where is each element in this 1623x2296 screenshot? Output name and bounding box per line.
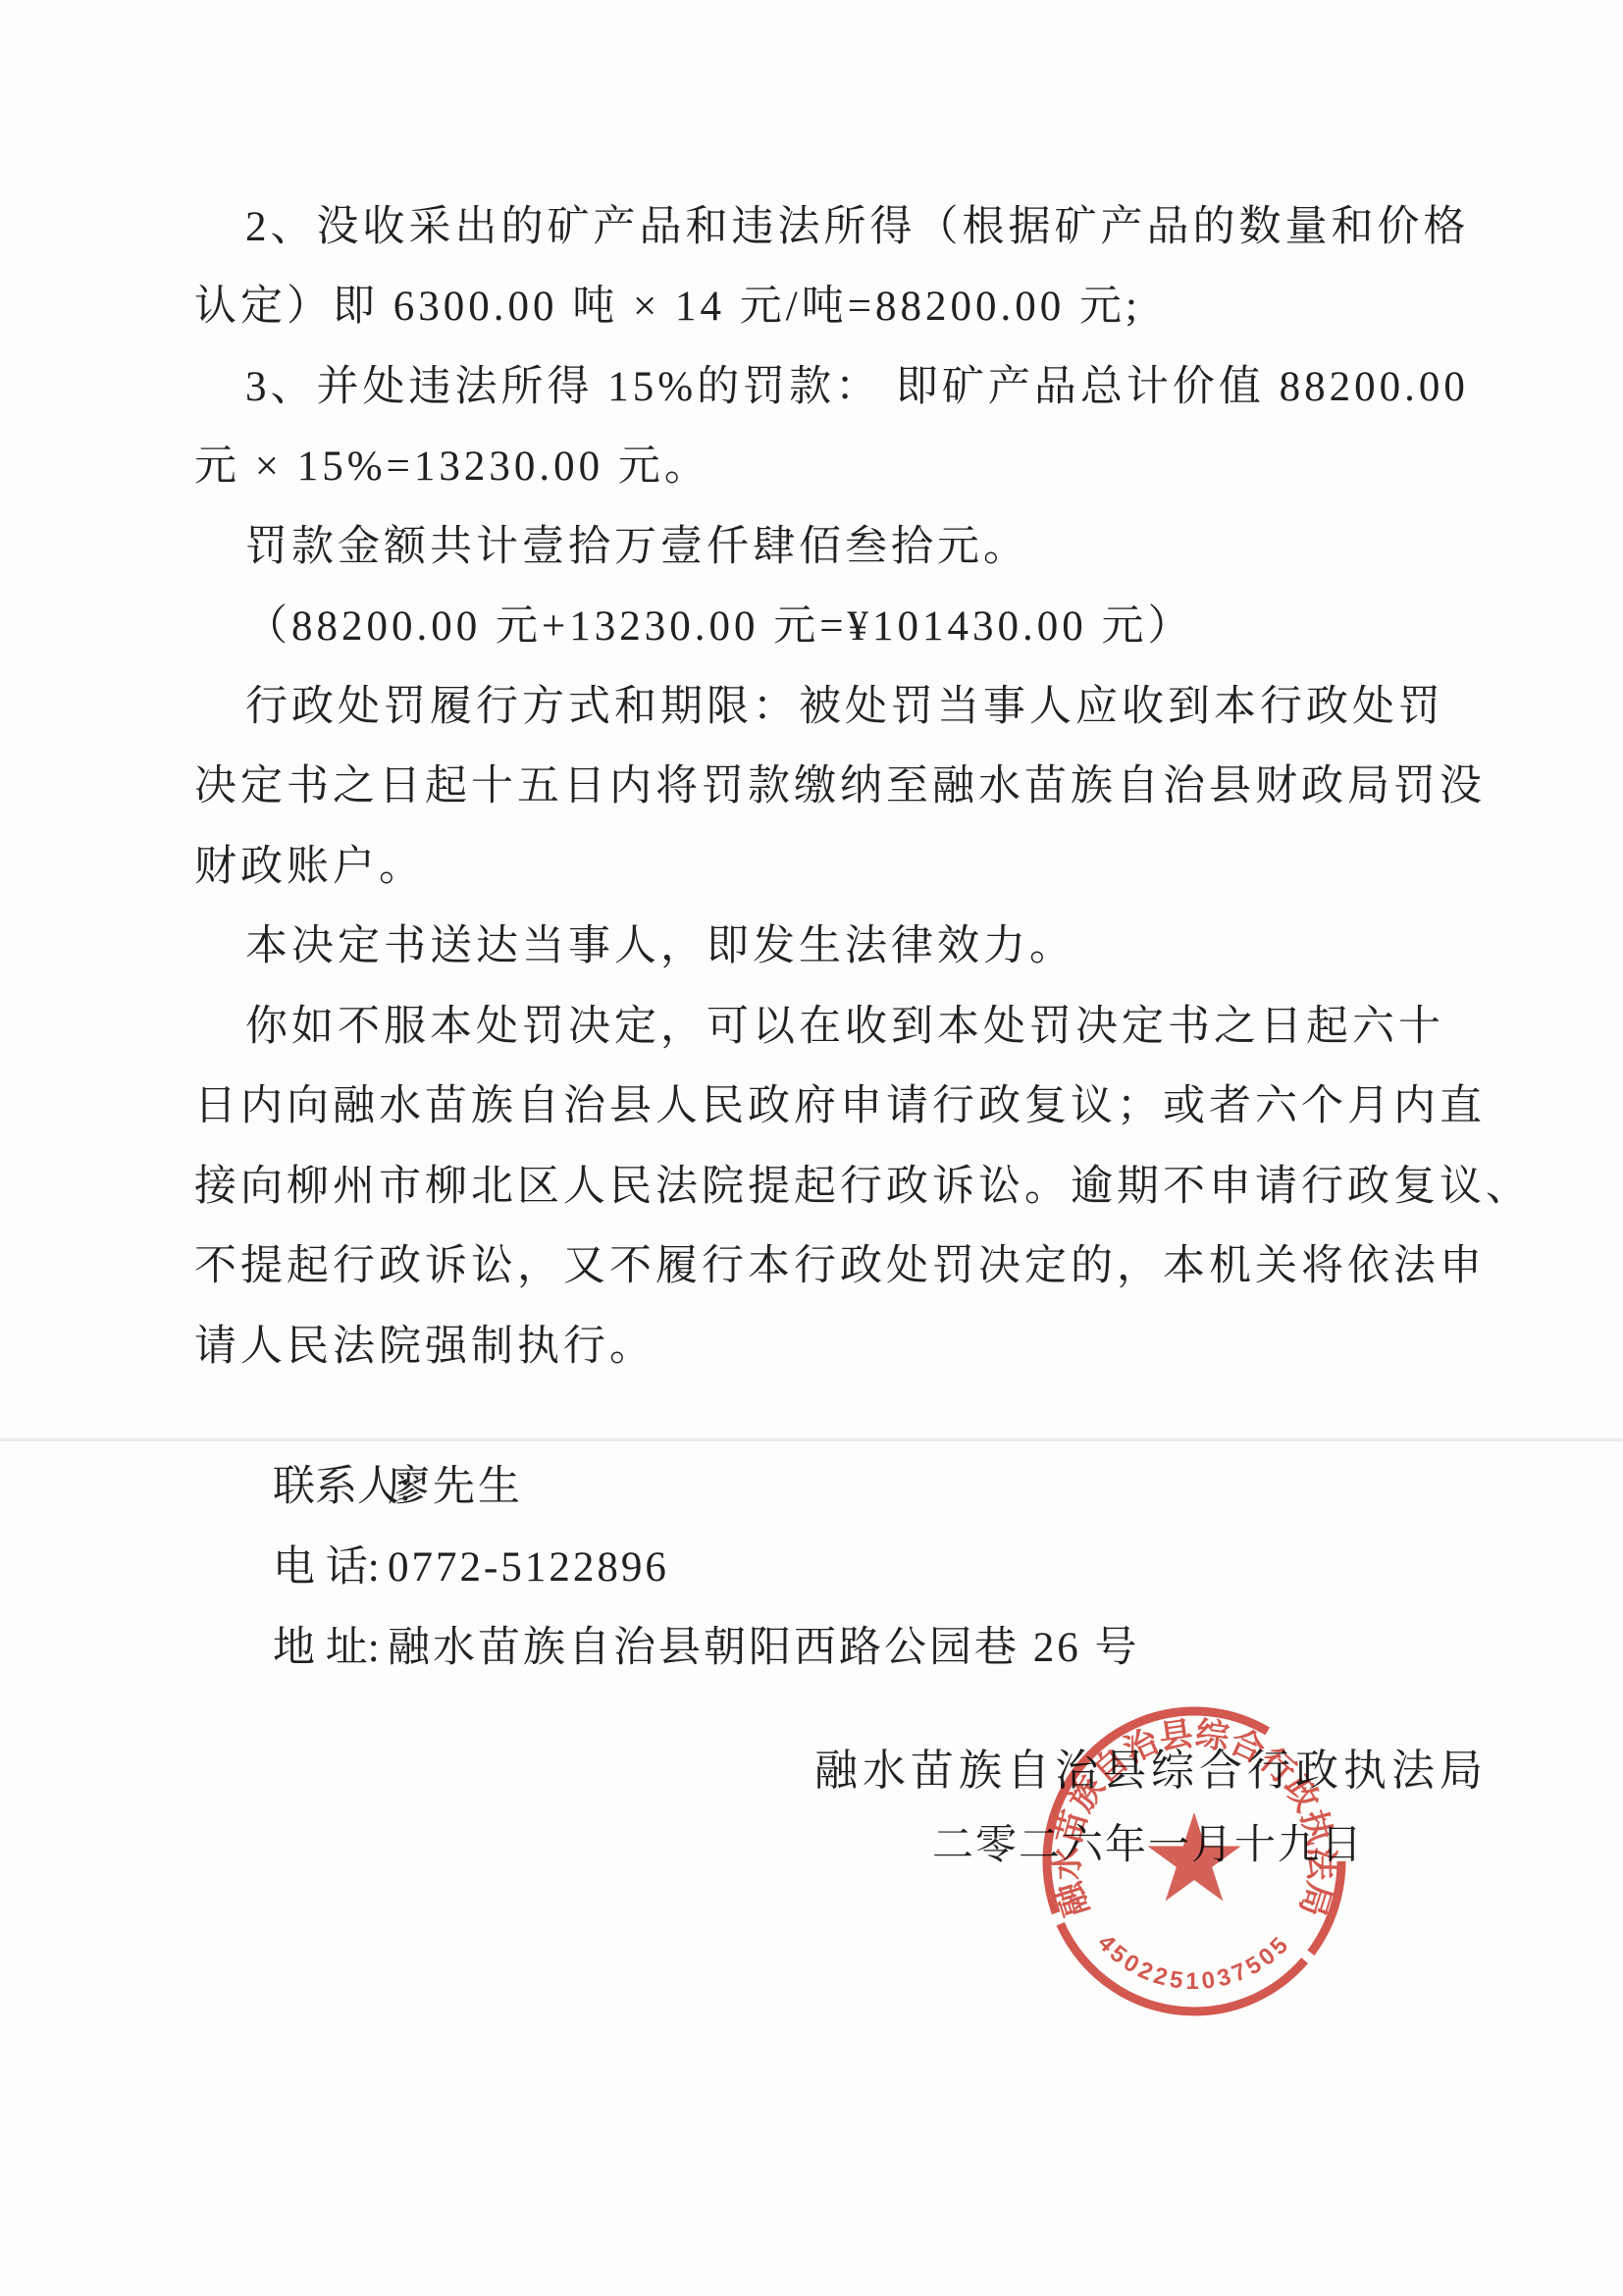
official-seal-stamp: 融水苗族自治县综合行政执法局 4502251037505 <box>1035 1702 1354 2021</box>
document-line: （88200.00 元+13230.00 元=¥101430.00 元） <box>245 605 1194 648</box>
contact-address-line: 地 址:融水苗族自治县朝阳西路公园巷 26 号 <box>273 1627 1140 1669</box>
document-line: 财政账户。 <box>194 846 425 888</box>
contact-person-value: 廖先生 <box>388 1464 523 1510</box>
document-line: 请人民法院强制执行。 <box>194 1326 655 1368</box>
document-page: 2、没收采出的矿产品和违法所得（根据矿产品的数量和价格 认定）即 6300.00… <box>0 0 1623 2296</box>
scan-artifact-line <box>0 1438 1623 1441</box>
contact-address-label: 地 址: <box>273 1627 367 1669</box>
contact-person-label: 联系人: <box>273 1466 367 1508</box>
contact-phone-label: 电 话: <box>273 1546 367 1589</box>
contact-phone-line: 电 话:0772-5122896 <box>273 1546 669 1589</box>
contact-person-line: 联系人:廖先生 <box>273 1466 523 1508</box>
contact-phone-value: 0772-5122896 <box>388 1544 669 1591</box>
document-line: 不提起行政诉讼，又不履行本行政处罚决定的，本机关将依法申 <box>194 1245 1486 1287</box>
document-line: 本决定书送达当事人，即发生法律效力。 <box>245 925 1075 967</box>
document-line: 接向柳州市柳北区人民法院提起行政诉讼。逾期不申请行政复议、 <box>194 1166 1532 1208</box>
document-line: 元 × 15%=13230.00 元。 <box>194 445 710 488</box>
document-line: 3、并处违法所得 15%的罚款： 即矿产品总计价值 88200.00 <box>245 366 1469 408</box>
document-line: 决定书之日起十五日内将罚款缴纳至融水苗族自治县财政局罚没 <box>194 765 1486 808</box>
document-line: 行政处罚履行方式和期限：被处罚当事人应收到本行政处罚 <box>245 686 1444 728</box>
document-line: 罚款金额共计壹拾万壹仟肆佰叁拾元。 <box>245 526 1029 568</box>
seal-number: 4502251037505 <box>1092 1930 1296 1995</box>
seal-star-icon <box>1147 1812 1240 1902</box>
document-line: 你如不服本处罚决定，可以在收到本处罚决定书之日起六十 <box>245 1006 1444 1048</box>
contact-address-value: 融水苗族自治县朝阳西路公园巷 26 号 <box>388 1625 1140 1671</box>
document-line: 2、没收采出的矿产品和违法所得（根据矿产品的数量和价格 <box>245 206 1470 248</box>
document-line: 日内向融水苗族自治县人民政府申请行政复议；或者六个月内直 <box>194 1085 1486 1127</box>
document-line: 认定）即 6300.00 吨 × 14 元/吨=88200.00 元; <box>194 286 1141 328</box>
